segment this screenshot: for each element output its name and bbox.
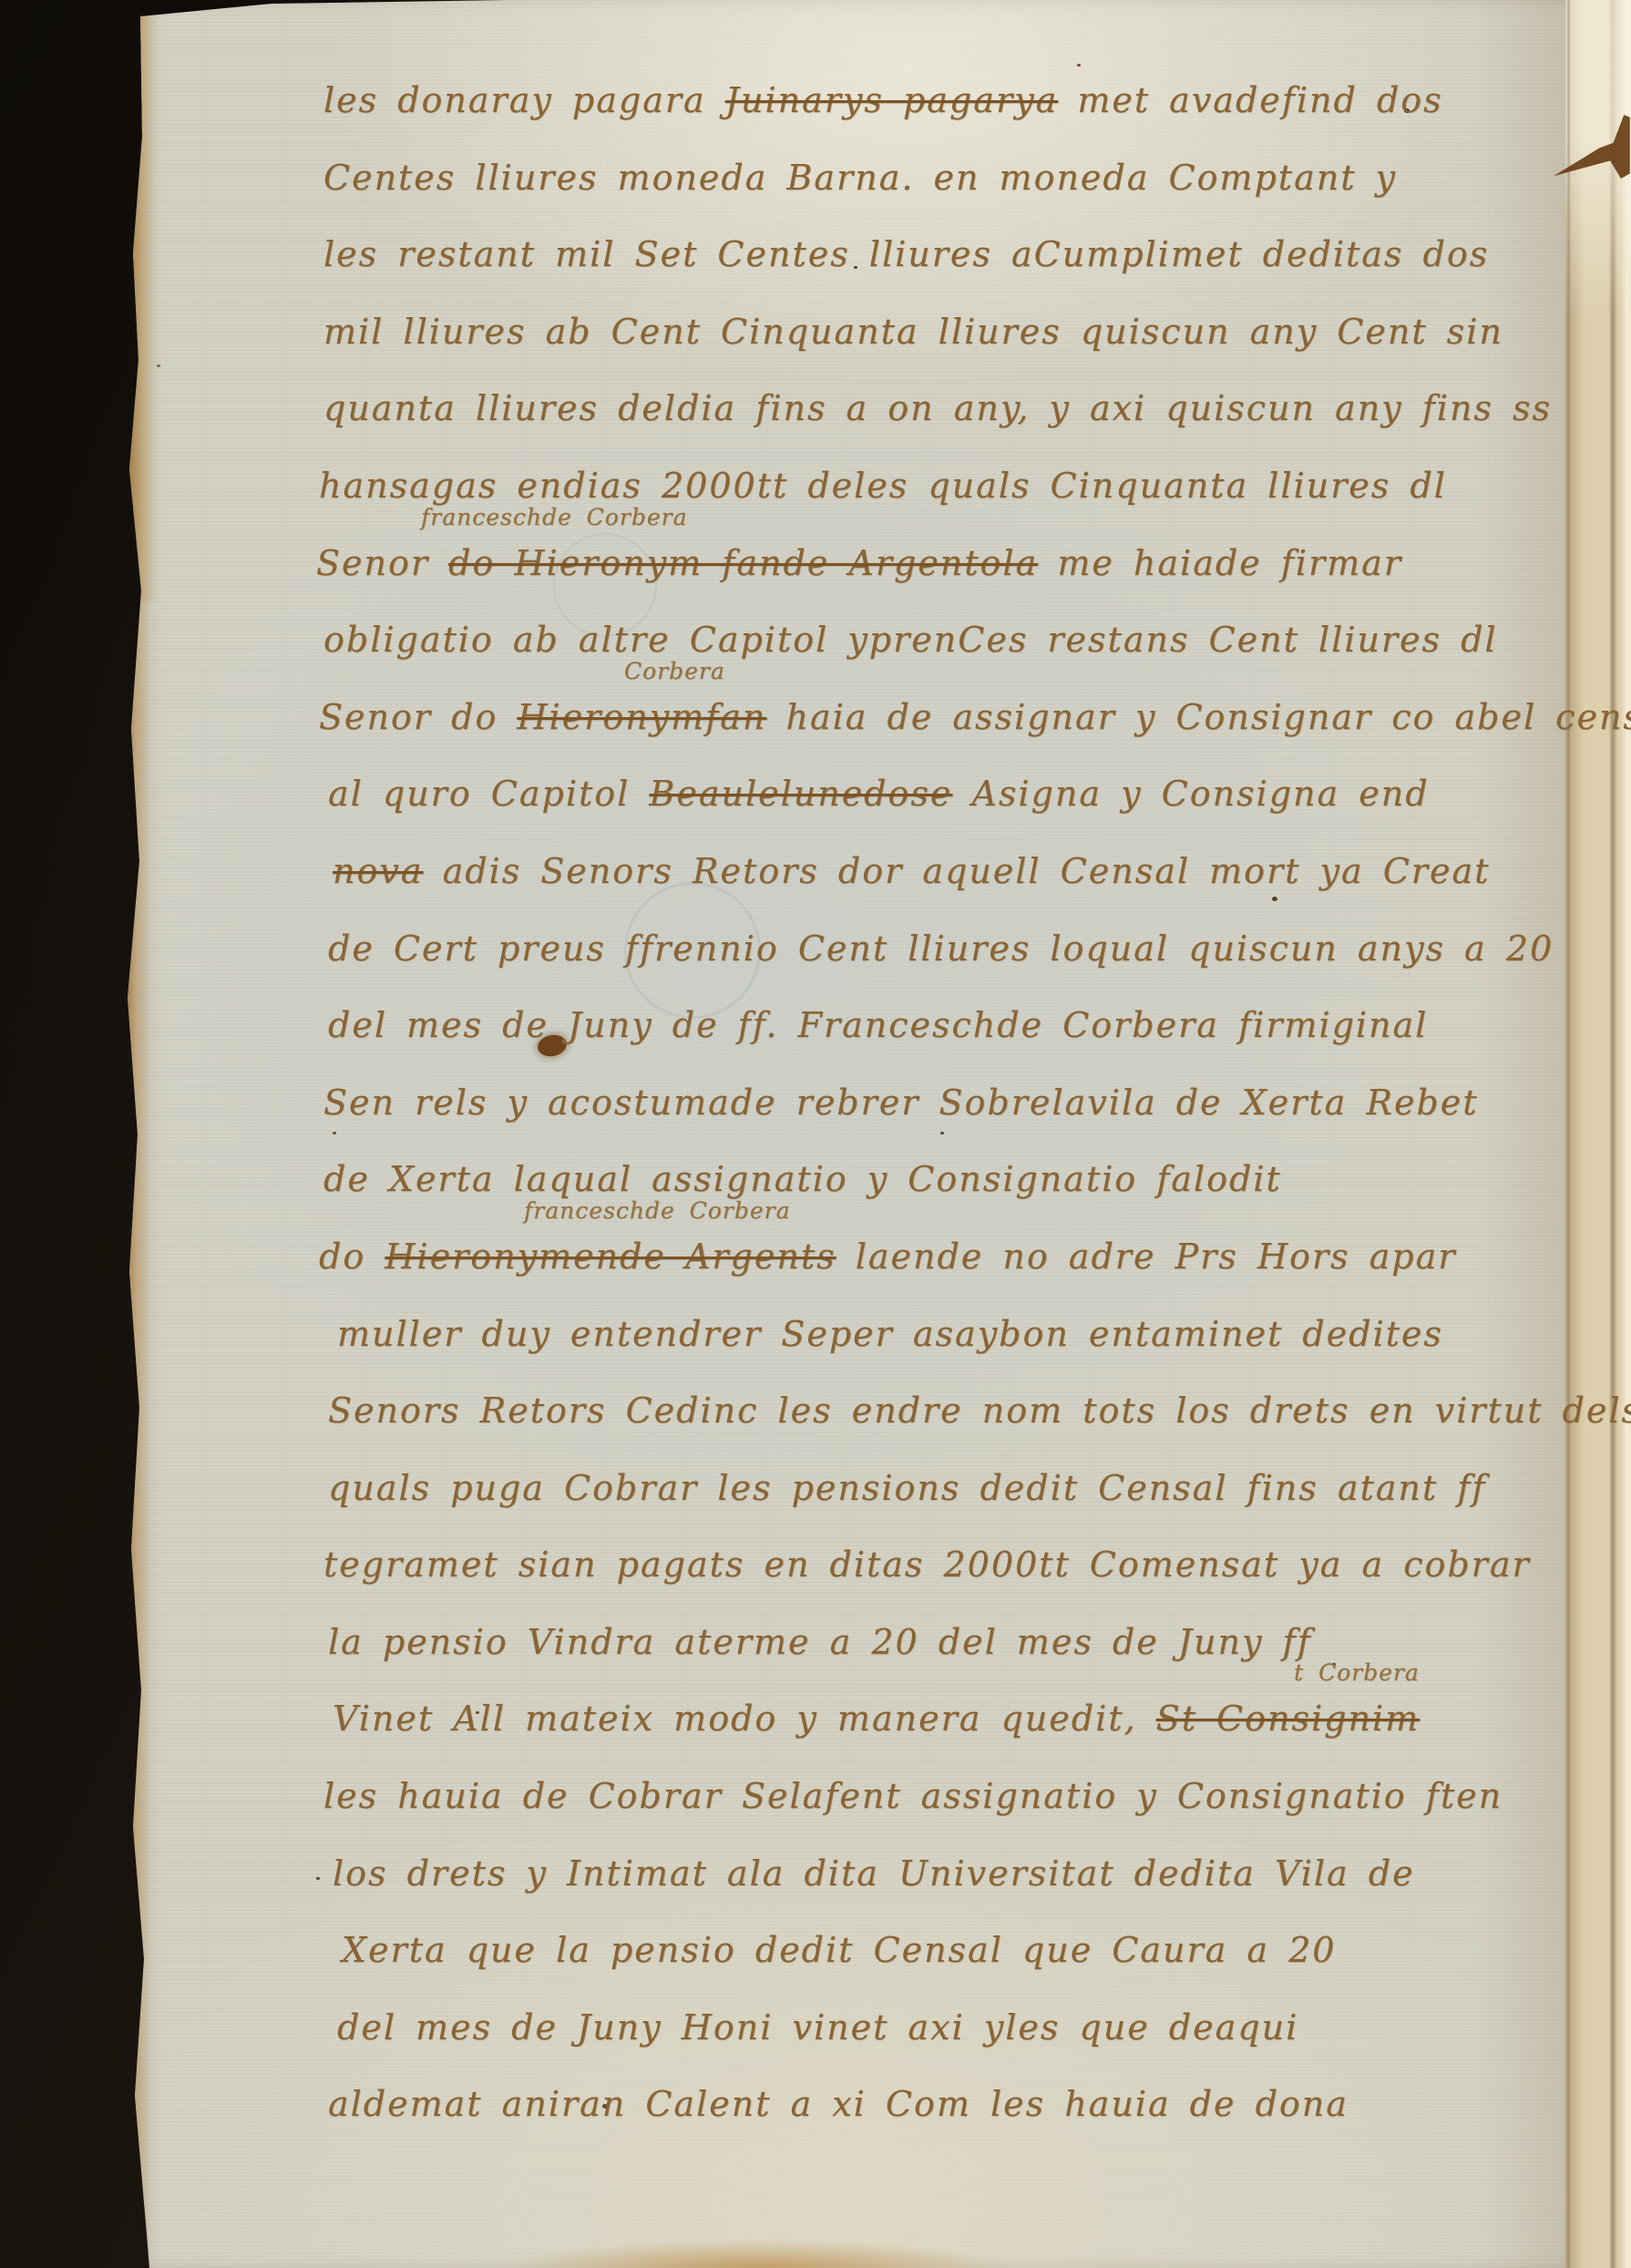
manuscript-line: tegramet sian pagats en ditas 2000tt Com… (323, 1526, 1590, 1604)
manuscript-line: les donaray pagara Juinarys pagarya met … (323, 62, 1590, 139)
struck-text: Beaulelunedose (649, 774, 952, 814)
line-text: aldemat aniran Calent a xi Com les hauia… (328, 2084, 1349, 2124)
line-text: Senor do (319, 697, 517, 737)
line-text: muller duy entendrer Seper asaybon entam… (337, 1314, 1443, 1354)
manuscript-line: del mes de Juny Honi vinet axi yles que … (337, 1989, 1590, 2067)
line-text: la pensio Vindra aterme a 20 del mes de … (328, 1622, 1312, 1662)
interlinear-insertion: franceschde Corbera (524, 1197, 790, 1225)
manuscript-line: Xerta que la pensio dedit Censal que Cau… (342, 1912, 1590, 1989)
line-text: tegramet sian pagats en ditas 2000tt Com… (323, 1544, 1531, 1585)
manuscript-line: quanta lliures deldia fins a on any, y a… (323, 370, 1590, 447)
struck-text: nova (333, 851, 423, 891)
line-text: de Xerta laqual assignatio y Consignatio… (323, 1159, 1282, 1199)
line-text: do (319, 1237, 385, 1277)
manuscript-text: les donaray pagara Juinarys pagarya met … (323, 62, 1590, 2143)
line-text: hansagas endias 2000tt deles quals Cinqu… (319, 466, 1447, 506)
line-text: quanta lliures deldia fins a on any, y a… (323, 388, 1552, 428)
line-text: al quro Capitol (328, 774, 649, 814)
photo-backdrop: { "document": { "kind": "manuscript page… (0, 0, 1631, 2268)
line-text: obligatio ab altre Capitol yprenCes rest… (323, 620, 1498, 660)
line-text: met avadefind dos (1058, 80, 1442, 120)
line-text: haia de assignar y Consignar co abel cen… (766, 697, 1631, 737)
struck-text: Hieronymfan (517, 697, 766, 737)
manuscript-page: les donaray pagara Juinarys pagarya met … (126, 0, 1631, 2268)
manuscript-line: les restant mil Set Centes lliures aCump… (323, 216, 1590, 293)
line-text: Centes lliures moneda Barna. en moneda C… (323, 158, 1397, 198)
manuscript-line: Centes lliures moneda Barna. en moneda C… (323, 139, 1590, 217)
manuscript-line: de Cert preus ffrennio Cent lliures loqu… (328, 910, 1590, 988)
line-text: Xerta que la pensio dedit Censal que Cau… (342, 1930, 1337, 1970)
manuscript-line: CorberaSenor do Hieronymfan haia de assi… (319, 679, 1590, 756)
interlinear-insertion: franceschde Corbera (421, 504, 687, 531)
line-text: les hauia de Cobrar Selafent assignatio … (323, 1776, 1503, 1816)
line-text: Senor (316, 543, 448, 583)
line-text: Sen rels y acostumade rebrer Sobrelavila… (323, 1083, 1479, 1123)
line-text: de Cert preus ffrennio Cent lliures loqu… (328, 929, 1554, 969)
manuscript-line: Sen rels y acostumade rebrer Sobrelavila… (323, 1064, 1590, 1142)
manuscript-line: nova adis Senors Retors dor aquell Censa… (333, 833, 1590, 910)
manuscript-line: franceschde Corberado Hieronymende Argen… (319, 1218, 1590, 1296)
manuscript-line: franceschde CorberaSenor do Hieronym fan… (316, 525, 1590, 602)
interlinear-insertion: t Corbera (1294, 1659, 1420, 1687)
line-text: los drets y Intimat ala dita Universitat… (333, 1853, 1415, 1893)
deckle-edge-top (126, 0, 157, 601)
line-text: me haiade firmar (1038, 543, 1402, 583)
manuscript-line: Senors Retors Cedinc les endre nom tots … (328, 1372, 1590, 1450)
manuscript-line: aldemat aniran Calent a xi Com les hauia… (328, 2066, 1590, 2143)
struck-text: Hieronymende Argents (385, 1237, 836, 1277)
line-text: adis Senors Retors dor aquell Censal mor… (423, 851, 1490, 891)
struck-text: St Consignim (1156, 1698, 1420, 1739)
line-text: del mes de Juny de ff. Franceschde Corbe… (328, 1005, 1428, 1045)
manuscript-line: al quro Capitol Beaulelunedose Asigna y … (328, 755, 1590, 833)
manuscript-line: muller duy entendrer Seper asaybon entam… (337, 1296, 1590, 1373)
manuscript-line: de Xerta laqual assignatio y Consignatio… (323, 1141, 1590, 1218)
line-text: Asigna y Consigna end (952, 774, 1429, 814)
manuscript-line: t CorberaVinet All mateix modo y manera … (333, 1680, 1590, 1758)
manuscript-line: obligatio ab altre Capitol yprenCes rest… (323, 601, 1590, 679)
line-text: del mes de Juny Honi vinet axi yles que … (337, 2007, 1298, 2047)
line-text: mil lliures ab Cent Cinquanta lliures qu… (323, 312, 1503, 352)
manuscript-line: mil lliures ab Cent Cinquanta lliures qu… (323, 293, 1590, 371)
manuscript-line: les hauia de Cobrar Selafent assignatio … (323, 1758, 1590, 1835)
bottom-edge-stain (490, 2234, 1028, 2268)
line-text: laende no adre Prs Hors apar (836, 1237, 1457, 1277)
manuscript-line: del mes de Juny de ff. Franceschde Corbe… (328, 987, 1590, 1064)
line-text: quals puga Cobrar les pensions dedit Cen… (328, 1468, 1486, 1508)
interlinear-insertion: Corbera (624, 658, 725, 685)
manuscript-line: quals puga Cobrar les pensions dedit Cen… (328, 1450, 1590, 1527)
line-text: Senors Retors Cedinc les endre nom tots … (328, 1391, 1631, 1431)
manuscript-line: los drets y Intimat ala dita Universitat… (333, 1835, 1590, 1913)
struck-text: do Hieronym fande Argentola (448, 543, 1038, 583)
line-text: les restant mil Set Centes lliures aCump… (323, 234, 1489, 274)
line-text: les donaray pagara (323, 80, 725, 120)
struck-text: Juinarys pagarya (725, 80, 1058, 120)
line-text: Vinet All mateix modo y manera quedit, (333, 1698, 1156, 1739)
